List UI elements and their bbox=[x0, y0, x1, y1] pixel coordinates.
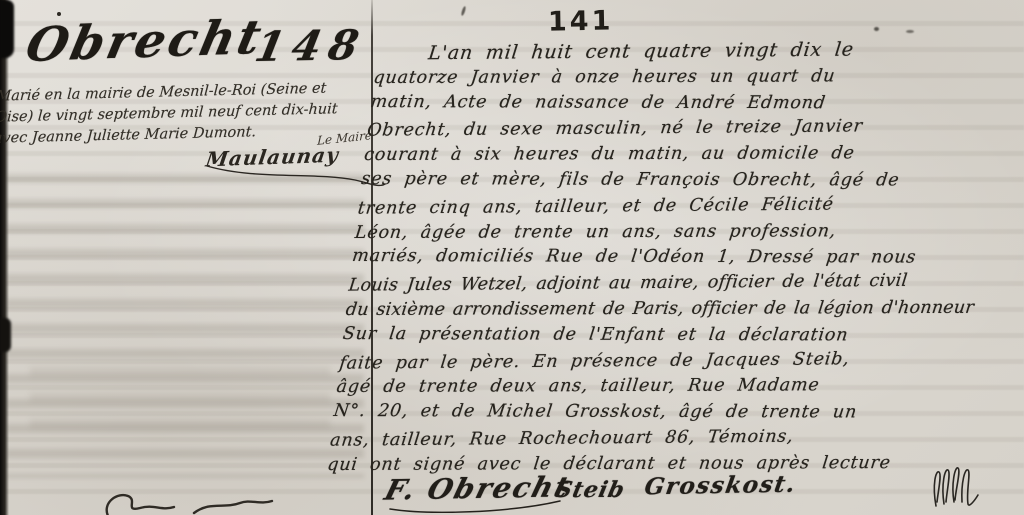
bleed-through-streaks bbox=[6, 158, 364, 478]
signature-witness-steib: Steib bbox=[553, 477, 627, 503]
scan-gutter-blob bbox=[0, 0, 14, 58]
act-text-line: ses père et mère, fils de François Obrec… bbox=[360, 167, 1007, 194]
ink-smudge bbox=[874, 27, 879, 31]
act-text-line: Obrecht, du sexe masculin, né le treize … bbox=[366, 113, 1014, 144]
birth-act-text: L'an mil huit cent quatre vingt dix le q… bbox=[326, 38, 1023, 479]
entry-act-number: 148 bbox=[251, 21, 370, 71]
scan-gutter-blob bbox=[0, 318, 11, 352]
act-text-line: mariés, domiciliés Rue de l'Odéon 1, Dre… bbox=[350, 244, 997, 271]
page-number: 141 bbox=[548, 5, 614, 37]
act-text-line: N°. 20, et de Michel Grosskost, âgé de t… bbox=[332, 399, 979, 426]
register-page-scan: Obrecht 148 141 Marié en la mairie de Me… bbox=[0, 0, 1024, 515]
entry-surname: Obrecht bbox=[21, 10, 269, 73]
act-text-line: L'an mil huit cent quatre vingt dix le bbox=[375, 36, 1023, 67]
act-text-line: trente cinq ans, tailleur, et de Cécile … bbox=[356, 191, 1004, 222]
act-text-line: ans, tailleur, Rue Rochechouart 86, Témo… bbox=[329, 423, 977, 454]
next-entry-heading-partial bbox=[92, 492, 322, 515]
act-text-line: Louis Jules Wetzel, adjoint au maire, of… bbox=[347, 268, 995, 299]
signature-witness-grosskost: Grosskost. bbox=[643, 471, 799, 501]
bleed-through-streaks bbox=[30, 350, 330, 440]
signature-flourish-stroke bbox=[388, 498, 566, 515]
scan-gutter-edge bbox=[0, 0, 9, 515]
ink-speck bbox=[461, 6, 467, 16]
act-text-line: quatorze Janvier à onze heures un quart … bbox=[372, 64, 1019, 92]
act-text-line: Léon, âgée de trente un ans, sans profes… bbox=[353, 218, 1000, 246]
ink-speck bbox=[57, 12, 61, 16]
ink-smudge bbox=[906, 30, 914, 33]
act-text-line: âgé de trente deux ans, tailleur, Rue Ma… bbox=[335, 373, 982, 401]
act-text-line: du sixième arrondissement de Paris, offi… bbox=[344, 296, 991, 324]
act-text-line: courant à six heures du matin, au domici… bbox=[363, 141, 1010, 169]
act-text-line: faite par le père. En présence de Jacque… bbox=[338, 346, 986, 377]
act-text-line: Sur la présentation de l'Enfant et la dé… bbox=[341, 322, 988, 349]
officer-paraph-signature bbox=[928, 462, 982, 514]
